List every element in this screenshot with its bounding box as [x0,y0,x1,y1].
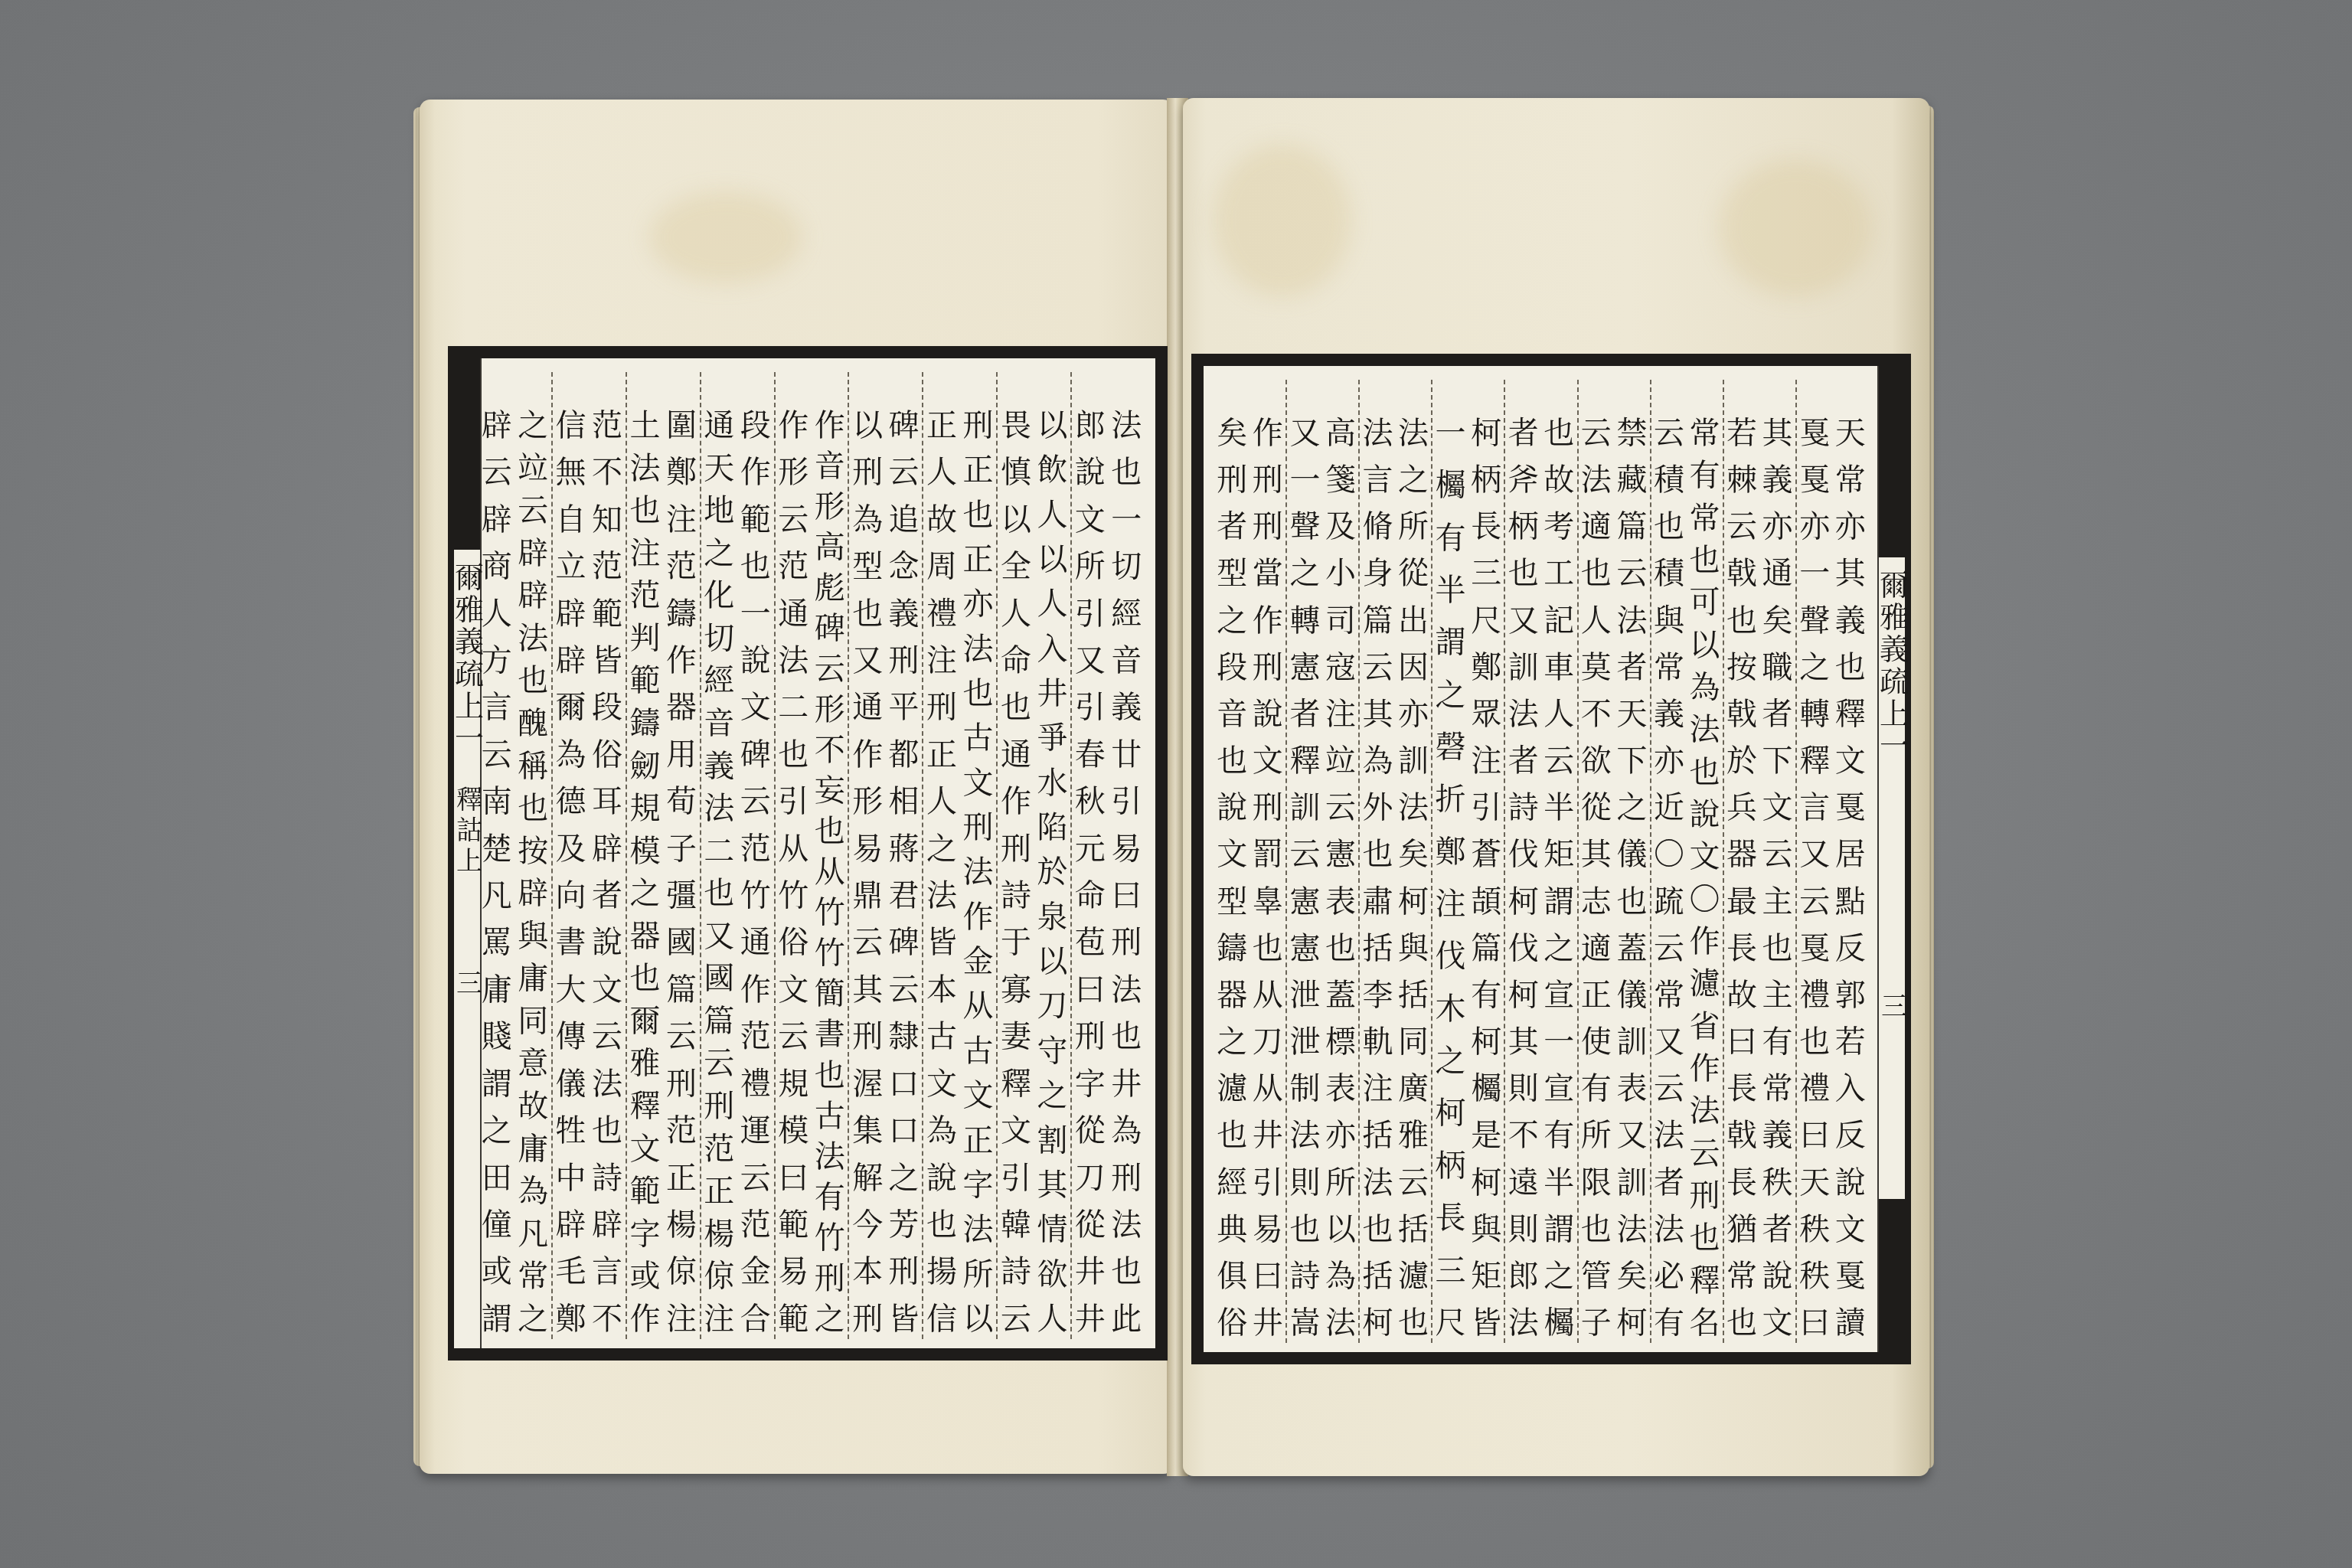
character: 必 [1654,1261,1684,1292]
character: 廣 [1398,1073,1429,1104]
character: 通 [1001,740,1031,770]
character: 井 [1075,1256,1106,1287]
character: 云 [592,1021,622,1052]
text-column: 法之所從出因亦訓法矣柯與括同廣雅云括濾也法言脩身篇云其為外也肅括李軌注括法也括柯 [1358,380,1431,1343]
character: 刑 [704,1091,734,1122]
character: 刑 [962,410,993,441]
character: 秩 [1762,1168,1793,1198]
character: 者 [1762,699,1793,730]
character: 妄 [815,776,845,806]
character: 李 [1363,980,1393,1011]
character: 其 [1508,1027,1539,1057]
character: 禮 [926,599,957,629]
character: 大 [556,975,586,1005]
character: 又 [852,645,883,676]
character: 憲 [1289,887,1320,917]
character: 刑 [852,1021,883,1052]
character: 長 [1436,1203,1466,1233]
character: 範 [592,599,622,629]
character: 作 [666,645,697,676]
character: 范 [740,1210,771,1240]
character: 春 [1075,740,1106,770]
character: 段 [740,410,771,441]
character: 義 [704,751,734,782]
character: 作 [778,410,808,441]
character: 辟 [482,505,512,535]
character: 解 [852,1163,883,1194]
character: 篇 [666,975,697,1005]
character: 也 [926,1210,957,1240]
character: 引 [1075,599,1106,629]
character: 田 [482,1163,512,1194]
character: 之 [926,834,957,864]
character: 常 [1690,503,1720,534]
character: 猶 [1726,1214,1757,1245]
character: 下 [1616,746,1647,776]
character: 寇 [1325,652,1356,683]
character: 模 [778,1116,808,1146]
text-line: 法言脩身篇云其為外也肅括李軌注括法也括柯 [1360,380,1396,1343]
character: 立 [556,551,586,582]
character: 刀 [1037,991,1067,1021]
character: 與 [518,921,548,952]
character: 刑 [1217,465,1247,495]
character: 郎 [1075,410,1106,441]
character: 所 [1581,1120,1612,1151]
character: 標 [1325,1027,1356,1057]
character: 聲 [1289,511,1320,542]
character: 法 [1654,1120,1684,1151]
text-line: 戛戛亦一聲之轉釋言又云戛禮也禮曰天秩秩曰 [1797,380,1833,1343]
character: 命 [1001,645,1031,676]
text-line: 高箋及小司寇注竝云憲表也蓋標表亦所以為法 [1323,380,1359,1343]
character: 欲 [1037,1259,1067,1290]
character: 器 [629,921,660,952]
text-line: 以刑為型也又通作形易鼎云其刑渥集解今本刑 [849,372,885,1339]
character: 圍 [666,410,697,441]
character: 法 [1111,410,1142,441]
character: 柄 [1508,511,1539,542]
character: 法 [1508,1308,1539,1338]
character: 尺 [1436,1308,1466,1338]
character: 文 [1690,841,1720,872]
character: 蔣 [889,834,920,864]
character: 括 [1363,933,1393,964]
character: 說 [1762,1261,1793,1292]
character: 傳 [556,1021,586,1052]
character: 鄭 [1471,652,1501,683]
character: 篇 [1363,606,1393,636]
character: 欘 [1471,1073,1501,1104]
character: 文 [962,1080,993,1111]
character: 皆 [592,645,622,676]
character: 藏 [1616,465,1647,495]
character: 工 [1543,558,1574,589]
text-column: 高箋及小司寇注竝云憲表也蓋標表亦所以為法又一聲之轉憲者釋訓云憲憲泄泄制法則也詩嵩 [1285,380,1358,1343]
character: 其 [1835,558,1866,589]
character: 者 [592,880,622,911]
character: 曰 [1799,1308,1830,1338]
character: 辟 [592,1210,622,1240]
character: 作 [1253,606,1283,636]
character: 柯 [1398,887,1429,917]
character: 宣 [1543,980,1574,1011]
character: 者 [1289,699,1320,730]
character: 法 [518,623,548,654]
character: 一 [1289,465,1320,495]
character: 法 [1398,792,1429,823]
character: 不 [592,1304,622,1334]
character: 以 [962,1304,993,1334]
character: 則 [1508,1073,1539,1104]
character: 皆 [926,927,957,958]
character: 經 [1217,1168,1247,1198]
character: 辟 [518,878,548,909]
character: 常 [1654,652,1684,683]
character: 高 [1325,418,1356,449]
character: 作 [1690,926,1720,957]
character: 之 [1543,1261,1574,1292]
character: 云 [740,1163,771,1194]
character: 小 [1325,558,1356,589]
character: 念 [889,551,920,582]
character: 作 [962,902,993,933]
character: 故 [926,505,957,535]
character: 范 [629,580,660,611]
character: 爾 [629,1006,660,1037]
character: 陷 [1037,812,1067,843]
character: 鄭 [666,457,697,488]
character: 濾 [1217,1073,1247,1104]
character: 廿 [1111,740,1142,770]
character: 不 [1581,699,1612,730]
text-line: 也故考工記車人云半矩謂之宣一宣有半謂之欘 [1541,380,1577,1343]
character: 云 [704,1048,734,1079]
character: 當 [1253,558,1283,589]
character: 主 [1762,887,1793,917]
character: 篇 [704,1006,734,1037]
paper-stain [1214,144,1351,297]
character: 刑 [889,1256,920,1287]
character: 從 [1075,1116,1106,1146]
character: 一 [1436,418,1466,449]
character: 詩 [1289,1261,1320,1292]
character: 以 [1001,505,1031,535]
character: 者 [1217,511,1247,542]
character: 一 [1111,505,1142,535]
character: 刑 [962,812,993,843]
character: 詩 [1508,792,1539,823]
character: 頡 [1471,887,1501,917]
character: 之 [1436,680,1466,710]
character: 適 [1581,511,1612,542]
character: 韓 [1001,1210,1031,1240]
character: 僮 [482,1210,512,1240]
character: 說 [1835,1168,1866,1198]
character: 辟 [482,410,512,441]
character: 刑 [1253,652,1283,683]
character: 亦 [1762,511,1793,542]
character: 之 [1543,933,1574,964]
character: 近 [1654,792,1684,823]
character: 車 [1543,652,1574,683]
character: 義 [889,599,920,629]
character: 戛 [1799,933,1830,964]
character: 刑 [852,1304,883,1334]
text-line: 又一聲之轉憲者釋訓云憲憲泄泄制法則也詩嵩 [1287,380,1323,1343]
character: 義 [1835,606,1866,636]
character: 通 [704,410,734,441]
character: 也 [1835,652,1866,683]
character: 篇 [1471,933,1501,964]
character: 文 [1762,1308,1793,1338]
character: 作 [629,1304,660,1334]
character: 因 [1398,652,1429,683]
character: 常 [1654,980,1684,1011]
character: 竹 [815,1223,845,1253]
character: 蒼 [1471,839,1501,870]
character: 正 [962,1125,993,1156]
character: 地 [704,495,734,526]
character: 引 [1111,786,1142,817]
character: 讀 [1835,1308,1866,1338]
character: 云 [889,975,920,1005]
character: 所 [1398,511,1429,542]
character: 也 [1690,1223,1720,1253]
character: 遠 [1508,1168,1539,1198]
text-line: 矣刑者型之段音也說文型鑄器之濾也經典俱俗 [1214,380,1250,1343]
character: 商 [482,551,512,582]
character: 主 [1762,980,1793,1011]
character: 刑 [852,457,883,488]
character: 井 [1253,1308,1283,1338]
character: 蓋 [1325,980,1356,1011]
character: 辟 [556,599,586,629]
text-line: 作刑刑當作刑說文刑罰辠也从刀从井引易曰井 [1250,380,1286,1343]
character: 矣 [1616,1261,1647,1292]
character: 文 [1217,839,1247,870]
character: 云 [1654,933,1684,964]
character: 矣 [1762,606,1793,636]
character: 於 [1726,746,1757,776]
text-column: 以飲人以人入井爭水陷於泉以刀守之割其情欲人畏慎以全人命也通作刑詩于寡妻釋文引韓詩… [996,372,1070,1339]
character: 范 [778,551,808,582]
text-column: 圍鄭注范鑄作器用荀子彊國篇云刑范正楊倞注土法也注范判範鑄劒規模之器也爾雅釋文範字… [626,372,700,1339]
character: 從 [1075,1210,1106,1240]
character: 柯 [1508,980,1539,1011]
character: 倞 [704,1261,734,1292]
character: 君 [889,880,920,911]
character: 括 [1398,1214,1429,1245]
character: 竹 [778,880,808,911]
character: 者 [1762,1214,1793,1245]
character: 釋 [1835,699,1866,730]
character: 彪 [815,573,845,603]
character: 不 [1508,1120,1539,1151]
character: 釋 [1799,746,1830,776]
character: 子 [1581,1308,1612,1338]
character: 引 [1253,1168,1283,1198]
character: 彊 [666,880,697,911]
character: 二 [704,836,734,867]
character: 國 [704,963,734,994]
character: 按 [518,836,548,867]
character: 碑 [889,927,920,958]
character: 刑 [926,692,957,723]
character: 憲 [1289,652,1320,683]
character: 說 [1075,457,1106,488]
text-line: 信無自立辟辟爾為德及向書大傳儀牲中辟毛鄭 [553,372,589,1339]
character: 莫 [1581,652,1612,683]
character: 注 [629,538,660,569]
character: 竹 [815,938,845,969]
character: 故 [1543,465,1574,495]
character: 柄 [1471,465,1501,495]
character: 揚 [926,1256,957,1287]
character: 一 [1543,1027,1574,1057]
left-text-columns: 法也一切經音義廿引易曰刑法也井為刑法也此郎說文所引又引春秋元命苞曰刑字從刀從井井… [479,372,1145,1339]
character: 也 [740,551,771,582]
character: 禮 [740,1069,771,1099]
character: 有 [1690,460,1720,491]
text-line: 柯柄長三尺鄭眾注引蒼頡篇有柯欘是柯與矩皆 [1468,380,1504,1343]
character: 轉 [1799,699,1830,730]
character: 眾 [1471,699,1501,730]
character: 范 [592,410,622,441]
text-line: 圍鄭注范鑄作器用荀子彊國篇云刑范正楊倞注 [663,372,699,1339]
character: 全 [1001,551,1031,582]
character: 法 [1690,1096,1720,1126]
character: 法 [1289,1120,1320,1151]
character: 正 [666,1163,697,1194]
character: 音 [704,708,734,739]
character: 書 [815,1019,845,1050]
character: 名 [1690,1308,1720,1338]
character: 字 [962,1170,993,1200]
character: 井 [1075,1304,1106,1334]
character: 本 [926,975,957,1005]
character: 从 [1253,980,1283,1011]
character: 追 [889,505,920,535]
character: 信 [926,1304,957,1334]
character: 正 [926,740,957,770]
character: 入 [1037,634,1067,665]
character: 注 [926,645,957,676]
character: 常 [1726,1261,1757,1292]
character: 作 [1690,1053,1720,1084]
character: 釋 [629,1091,660,1122]
character: 括 [1363,1120,1393,1151]
character: 切 [704,623,734,654]
character: 古 [962,723,993,753]
character: 與 [1654,606,1684,636]
character: 之 [1037,1080,1067,1111]
character: 義 [1762,465,1793,495]
character: 也 [962,678,993,709]
character: 常 [1762,1073,1793,1104]
character: 範 [778,1304,808,1334]
character: 凡 [482,880,512,911]
character: 守 [1037,1036,1067,1067]
character: 合 [740,1304,771,1334]
character: 字 [629,1219,660,1249]
character: 亦 [1799,511,1830,542]
right-text-columns: 天常亦其義也釋文戛居點反郭若入反說文戛讀戛戛亦一聲之轉釋言又云戛禮也禮曰天秩秩曰… [1214,380,1868,1343]
character: 儀 [1616,980,1647,1011]
character: 戛 [1835,792,1866,823]
character: 或 [482,1256,512,1287]
character: 箋 [1325,465,1356,495]
character: 亦 [1835,511,1866,542]
character: 作 [740,457,771,488]
character: 辟 [518,580,548,611]
character: 天 [1835,418,1866,449]
character: 范 [592,551,622,582]
character: 二 [778,692,808,723]
character: 之 [629,878,660,909]
character: 及 [1325,511,1356,542]
character: 用 [666,740,697,770]
character: 口 [889,1116,920,1146]
character: 省 [1690,1011,1720,1042]
character: 也 [815,1060,845,1091]
character: 南 [482,786,512,817]
character: 也 [1726,606,1757,636]
character: 為 [556,740,586,770]
character: 經 [1111,599,1142,629]
character: 長 [1726,933,1757,964]
text-line: 畏慎以全人命也通作刑詩于寡妻釋文引韓詩云 [998,372,1034,1339]
character: 為 [852,505,883,535]
character: 爾 [556,692,586,723]
character: 文 [1075,505,1106,535]
character: 于 [1001,927,1031,958]
character: 罵 [482,927,512,958]
character: 括 [1363,1261,1393,1292]
character: 楊 [704,1219,734,1249]
character: 文 [926,1069,957,1099]
character: 引 [1001,1163,1031,1194]
character: 音 [1111,645,1142,676]
character: 作 [1001,786,1031,817]
character: 也 [629,495,660,526]
character: 文 [740,692,771,723]
character: 之 [1436,1046,1466,1076]
character: 从 [815,857,845,887]
character: 竹 [740,880,771,911]
character: 戟 [1726,1120,1757,1151]
character: 注 [1436,889,1466,920]
character: 段 [1217,652,1247,683]
character: 也 [1253,933,1283,964]
character: 運 [740,1116,771,1146]
character: 亦 [1325,1120,1356,1151]
character: 積 [1654,465,1684,495]
character: 柯 [1616,1308,1647,1338]
character: 注 [1363,1073,1393,1104]
character: 之 [1616,792,1647,823]
character: 易 [852,834,883,864]
character: 范 [666,551,697,582]
character: 詩 [1001,1256,1031,1287]
character: 俱 [1217,1261,1247,1292]
character: 云 [1690,1138,1720,1169]
character: 故 [1726,980,1757,1011]
fish-tail-top [454,358,480,550]
character: 半 [1543,1168,1574,1198]
character: 之 [1289,558,1320,589]
character: 注 [666,505,697,535]
